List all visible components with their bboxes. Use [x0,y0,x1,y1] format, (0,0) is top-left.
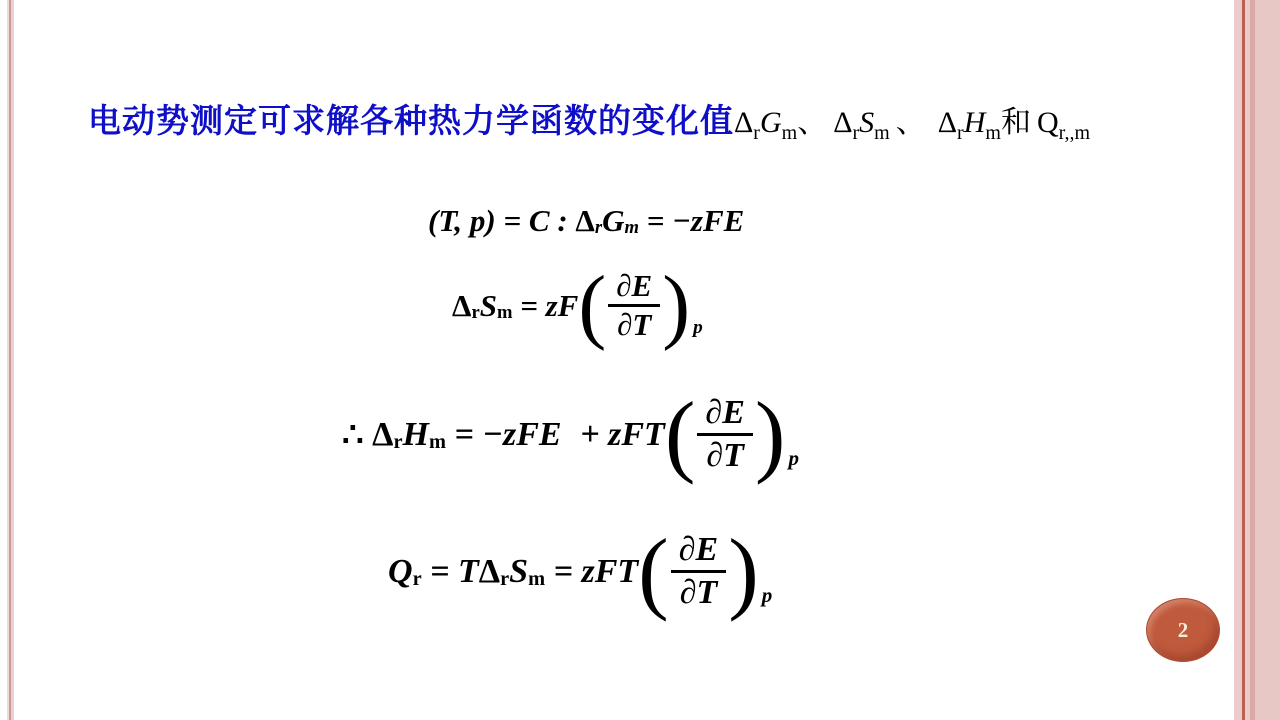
eq1-rhs: = −zFE [639,203,744,239]
partial-E: ∂E [670,530,727,570]
subscript-r: r [500,568,509,591]
subscript-m: m [874,122,890,144]
heat-symbol: Q [388,553,413,591]
eq3-plus-term: + zFT [580,416,665,454]
subscript-m: m [782,122,798,144]
close-paren: ) [662,266,690,346]
derivative-fraction: ∂E ∂T [670,530,727,613]
subscript-r: r [753,122,760,144]
delta-symbol: Δ [452,288,471,324]
enumeration-comma: 、 [896,106,926,139]
subscript-r: r [413,568,422,591]
delta-symbol: Δ [479,553,500,591]
subscript-m: m [429,431,446,454]
eq2-mid: = zF [512,288,578,324]
therefore-symbol: ∴ [342,415,372,455]
and-character: 和 [1001,106,1031,139]
subscript-p: p [762,583,773,608]
open-paren: ( [638,528,669,615]
subscript-r: r [957,122,964,144]
page-number: 2 [1178,618,1189,643]
subscript-m: m [528,568,545,591]
subscript-r: r [595,217,602,239]
enumeration-comma: 、 [797,106,827,139]
entropy-symbol: S [509,553,528,591]
close-paren: ) [755,391,786,478]
left-border-stripes [7,0,14,720]
delta-symbol: Δ [833,106,852,139]
delta-symbol: Δ [575,203,594,239]
partial-T: ∂T [671,570,727,613]
subscript-r: r [393,431,402,454]
eq3-mid: = −zFE [446,416,562,454]
eq4-mid1: = T [422,553,479,591]
partial-E: ∂E [607,268,661,305]
subscript-m: m [497,302,513,324]
gibbs-symbol: G [602,203,624,239]
subscript-rm: r,,m [1059,122,1090,144]
right-border-stripes [1234,0,1280,720]
slide-title: 电动势测定可求解各种热力学函数的变化值ΔrGm、ΔrSm、ΔrHm和Qr,,m [88,95,1090,142]
subscript-p: p [693,317,703,339]
partial-T: ∂T [608,304,660,344]
subscript-r: r [471,302,479,324]
heat-symbol: Q [1037,106,1059,139]
entropy-symbol: S [480,288,497,324]
subscript-p: p [788,446,799,471]
enthalpy-symbol: H [964,106,986,139]
gibbs-symbol: G [760,106,782,139]
open-paren: ( [578,266,606,346]
equation-gibbs: (T, p) = C : ΔrGm = −zFE [428,203,744,239]
delta-symbol: Δ [734,106,753,139]
eq4-mid2: = zFT [545,553,638,591]
title-chinese-text: 电动势测定可求解各种热力学函数的变化值 [88,95,734,142]
subscript-m: m [985,122,1001,144]
equation-reversible-heat: Qr = TΔrSm = zFT ( ∂E ∂T ) p [388,528,772,615]
eq1-lead: (T, p) = C : [428,203,575,239]
equation-entropy: ΔrSm = zF ( ∂E ∂T ) p [452,266,703,346]
delta-symbol: Δ [938,106,957,139]
derivative-fraction: ∂E ∂T [696,393,753,476]
equation-enthalpy: ∴ ΔrHm = −zFE+ zFT ( ∂E ∂T ) p [342,391,799,478]
enthalpy-symbol: H [403,416,429,454]
page-number-badge: 2 [1146,598,1220,662]
title-math-terms: ΔrGm、ΔrSm、ΔrHm和Qr,,m [734,97,1090,141]
open-paren: ( [665,391,696,478]
entropy-symbol: S [859,106,874,139]
delta-symbol: Δ [372,416,393,454]
derivative-fraction: ∂E ∂T [607,268,661,344]
partial-E: ∂E [696,393,753,433]
subscript-m: m [624,217,638,239]
subscript-r: r [853,122,860,144]
partial-T: ∂T [697,433,753,476]
close-paren: ) [728,528,759,615]
